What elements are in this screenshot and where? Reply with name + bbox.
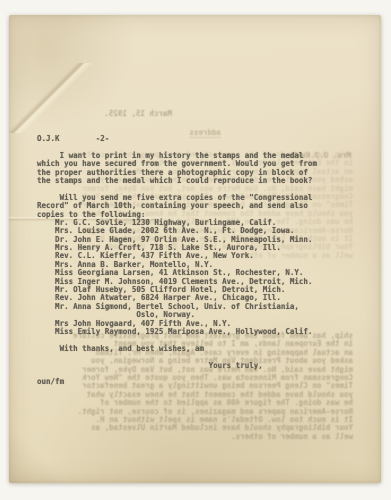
letter-text-line: Yours truly, (37, 362, 317, 370)
bleedthrough-text-line: Norse-American papers and magazines, is … (73, 408, 353, 416)
letter-text-line: With thanks, and best wishes, am (37, 345, 317, 353)
letter-text-line: Miss Emily Raymond, 1925 Mariposa Ave., … (37, 328, 317, 336)
bleedthrough-date: March 15, 1925. (104, 109, 172, 118)
letter-text-line: O.J.K -2- (37, 135, 317, 143)
bleedthrough-text-line: Your bibliography should have included M… (73, 424, 353, 432)
bleedthrough-text-line: It is much too low. Oftedal's name is sp… (73, 416, 353, 424)
letter-text-line: the stamps and the medal which I could r… (37, 177, 317, 185)
letter-text-line (37, 370, 317, 378)
typewritten-letter-text: O.J.K -2- I want to print in my history … (37, 135, 317, 387)
bleedthrough-text-line: well as a number of others. (73, 433, 353, 441)
corner-wear-bottom-left (9, 431, 69, 483)
bleedthrough-text-line: you should have added the comment that h… (73, 391, 353, 399)
letter-text-line: oun/fm (37, 378, 317, 386)
fold-crease-top-left (9, 63, 109, 133)
letter-paper: March 15, 1925. address Mrs. O.J.Kvale. … (9, 15, 381, 483)
bleedthrough-text-line: he was doing. The figure 400 as applied … (73, 399, 353, 407)
